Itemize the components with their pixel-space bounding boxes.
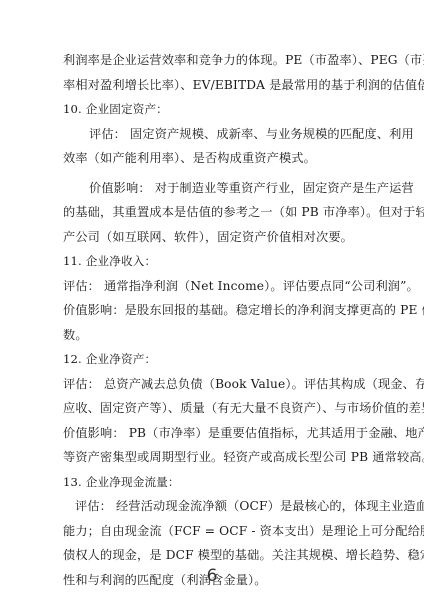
body-text-line: 评估： 通常指净利润（Net Income）。评估要点同“公司利润”。 (63, 274, 365, 299)
body-text-line: 等资产密集型或周期型行业。轻资产或高成长型公司 PB 通常较高。 (63, 445, 365, 470)
body-text-line: 数。 (63, 323, 365, 348)
body-text-line: 效率（如产能利用率）、是否构成重资产模式。 (63, 146, 365, 171)
body-text-line: 债权人的现金，是 DCF 模型的基础。关注其规模、增长趋势、稳定 (63, 543, 365, 568)
section-heading-net-cash-flow: 13. 企业净现金流量： (63, 470, 365, 495)
document-page: 利润率是企业运营效率和竞争力的体现。PE（市盈率）、PEG（市盈 率相对盈利增长… (63, 48, 365, 592)
body-text-line: 价值影响： PB（市净率）是重要估值指标，尤其适用于金融、地产 (63, 421, 365, 446)
body-text-line: 能力；自由现金流（FCF = OCF - 资本支出）是理论上可分配给股东/ (63, 519, 365, 544)
body-text-line: 应收、固定资产等）、质量（有无大量不良资产）、与市场价值的差异。 (63, 396, 365, 421)
body-text-line: 评估： 固定资产规模、成新率、与业务规模的匹配度、利用 (63, 122, 365, 147)
body-text-line: 价值影响： 对于制造业等重资产行业，固定资产是生产运营 (63, 176, 365, 201)
body-text-line: 产公司（如互联网、软件），固定资产价值相对次要。 (63, 225, 365, 250)
body-text-line: 评估： 总资产减去总负债（Book Value）。评估其构成（现金、存货、 (63, 372, 365, 397)
body-text-line: 率相对盈利增长比率）、EV/EBITDA 是最常用的基于利润的估值倍数。 (63, 73, 365, 98)
section-heading-net-income: 11. 企业净收入： (63, 249, 365, 274)
body-text-line: 价值影响：是股东回报的基础。稳定增长的净利润支撑更高的 PE 倍 (63, 298, 365, 323)
body-text-line: 评估： 经营活动现金流净额（OCF）是最核心的，体现主业造血 (63, 494, 365, 519)
body-text-line: 利润率是企业运营效率和竞争力的体现。PE（市盈率）、PEG（市盈 (63, 48, 365, 73)
section-heading-fixed-assets: 10. 企业固定资产： (63, 97, 365, 122)
section-heading-net-assets: 12. 企业净资产： (63, 347, 365, 372)
page-number: 6 (0, 566, 424, 586)
body-text-line: 的基础，其重置成本是估值的参考之一（如 PB 市净率）。但对于轻资 (63, 200, 365, 225)
